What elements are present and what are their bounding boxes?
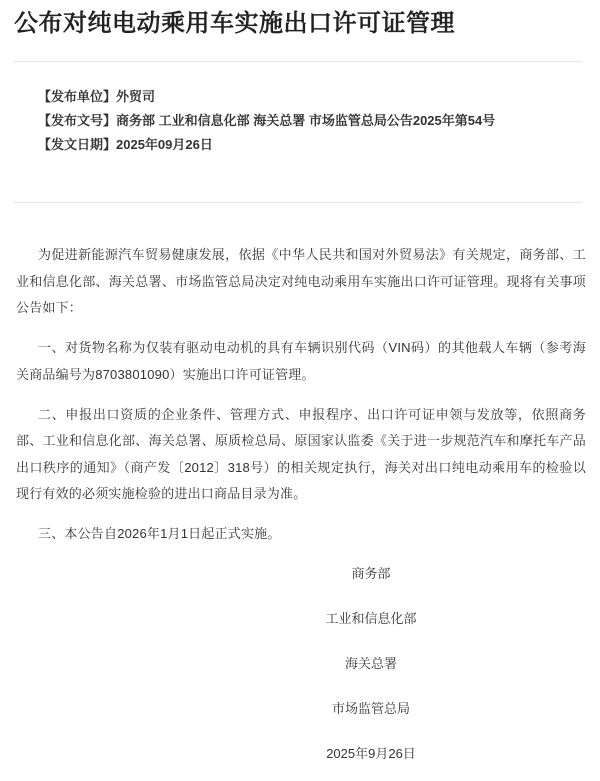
body-paragraph-item-1: 一、对货物名称为仅装有驱动电动机的具有车辆识别代码（VIN码）的其他载人车辆（参… bbox=[16, 335, 586, 388]
signature-agency-samr: 市场监管总局 bbox=[156, 696, 586, 723]
body-paragraph-item-3: 三、本公告自2026年1月1日起正式实施。 bbox=[16, 521, 586, 548]
signature-agency-mofcom: 商务部 bbox=[156, 561, 586, 588]
body-paragraph-intro: 为促进新能源汽车贸易健康发展，依据《中华人民共和国对外贸易法》有关规定，商务部、… bbox=[16, 242, 586, 322]
signature-date: 2025年9月26日 bbox=[156, 741, 586, 768]
meta-line-document-number: 【发布文号】商务部 工业和信息化部 海关总署 市场监管总局公告2025年第54号 bbox=[38, 109, 586, 133]
divider-below-meta bbox=[14, 202, 582, 203]
signature-agency-miit: 工业和信息化部 bbox=[156, 606, 586, 633]
body-paragraph-item-2: 二、申报出口资质的企业条件、管理方式、申报程序、出口许可证申领与发放等，依照商务… bbox=[16, 402, 586, 508]
meta-block: 【发布单位】外贸司 【发布文号】商务部 工业和信息化部 海关总署 市场监管总局公… bbox=[14, 85, 586, 157]
signature-block: 商务部 工业和信息化部 海关总署 市场监管总局 2025年9月26日 bbox=[16, 561, 586, 768]
meta-line-issuing-unit: 【发布单位】外贸司 bbox=[38, 85, 586, 109]
signature-agency-customs: 海关总署 bbox=[156, 651, 586, 678]
announcement-page: 公布对纯电动乘用车实施出口许可证管理 【发布单位】外贸司 【发布文号】商务部 工… bbox=[0, 0, 600, 781]
meta-line-issue-date: 【发文日期】2025年09月26日 bbox=[38, 133, 586, 157]
divider-below-title bbox=[14, 61, 582, 62]
page-title: 公布对纯电动乘用车实施出口许可证管理 bbox=[14, 7, 586, 41]
announcement-body: 为促进新能源汽车贸易健康发展，依据《中华人民共和国对外贸易法》有关规定，商务部、… bbox=[14, 242, 586, 768]
